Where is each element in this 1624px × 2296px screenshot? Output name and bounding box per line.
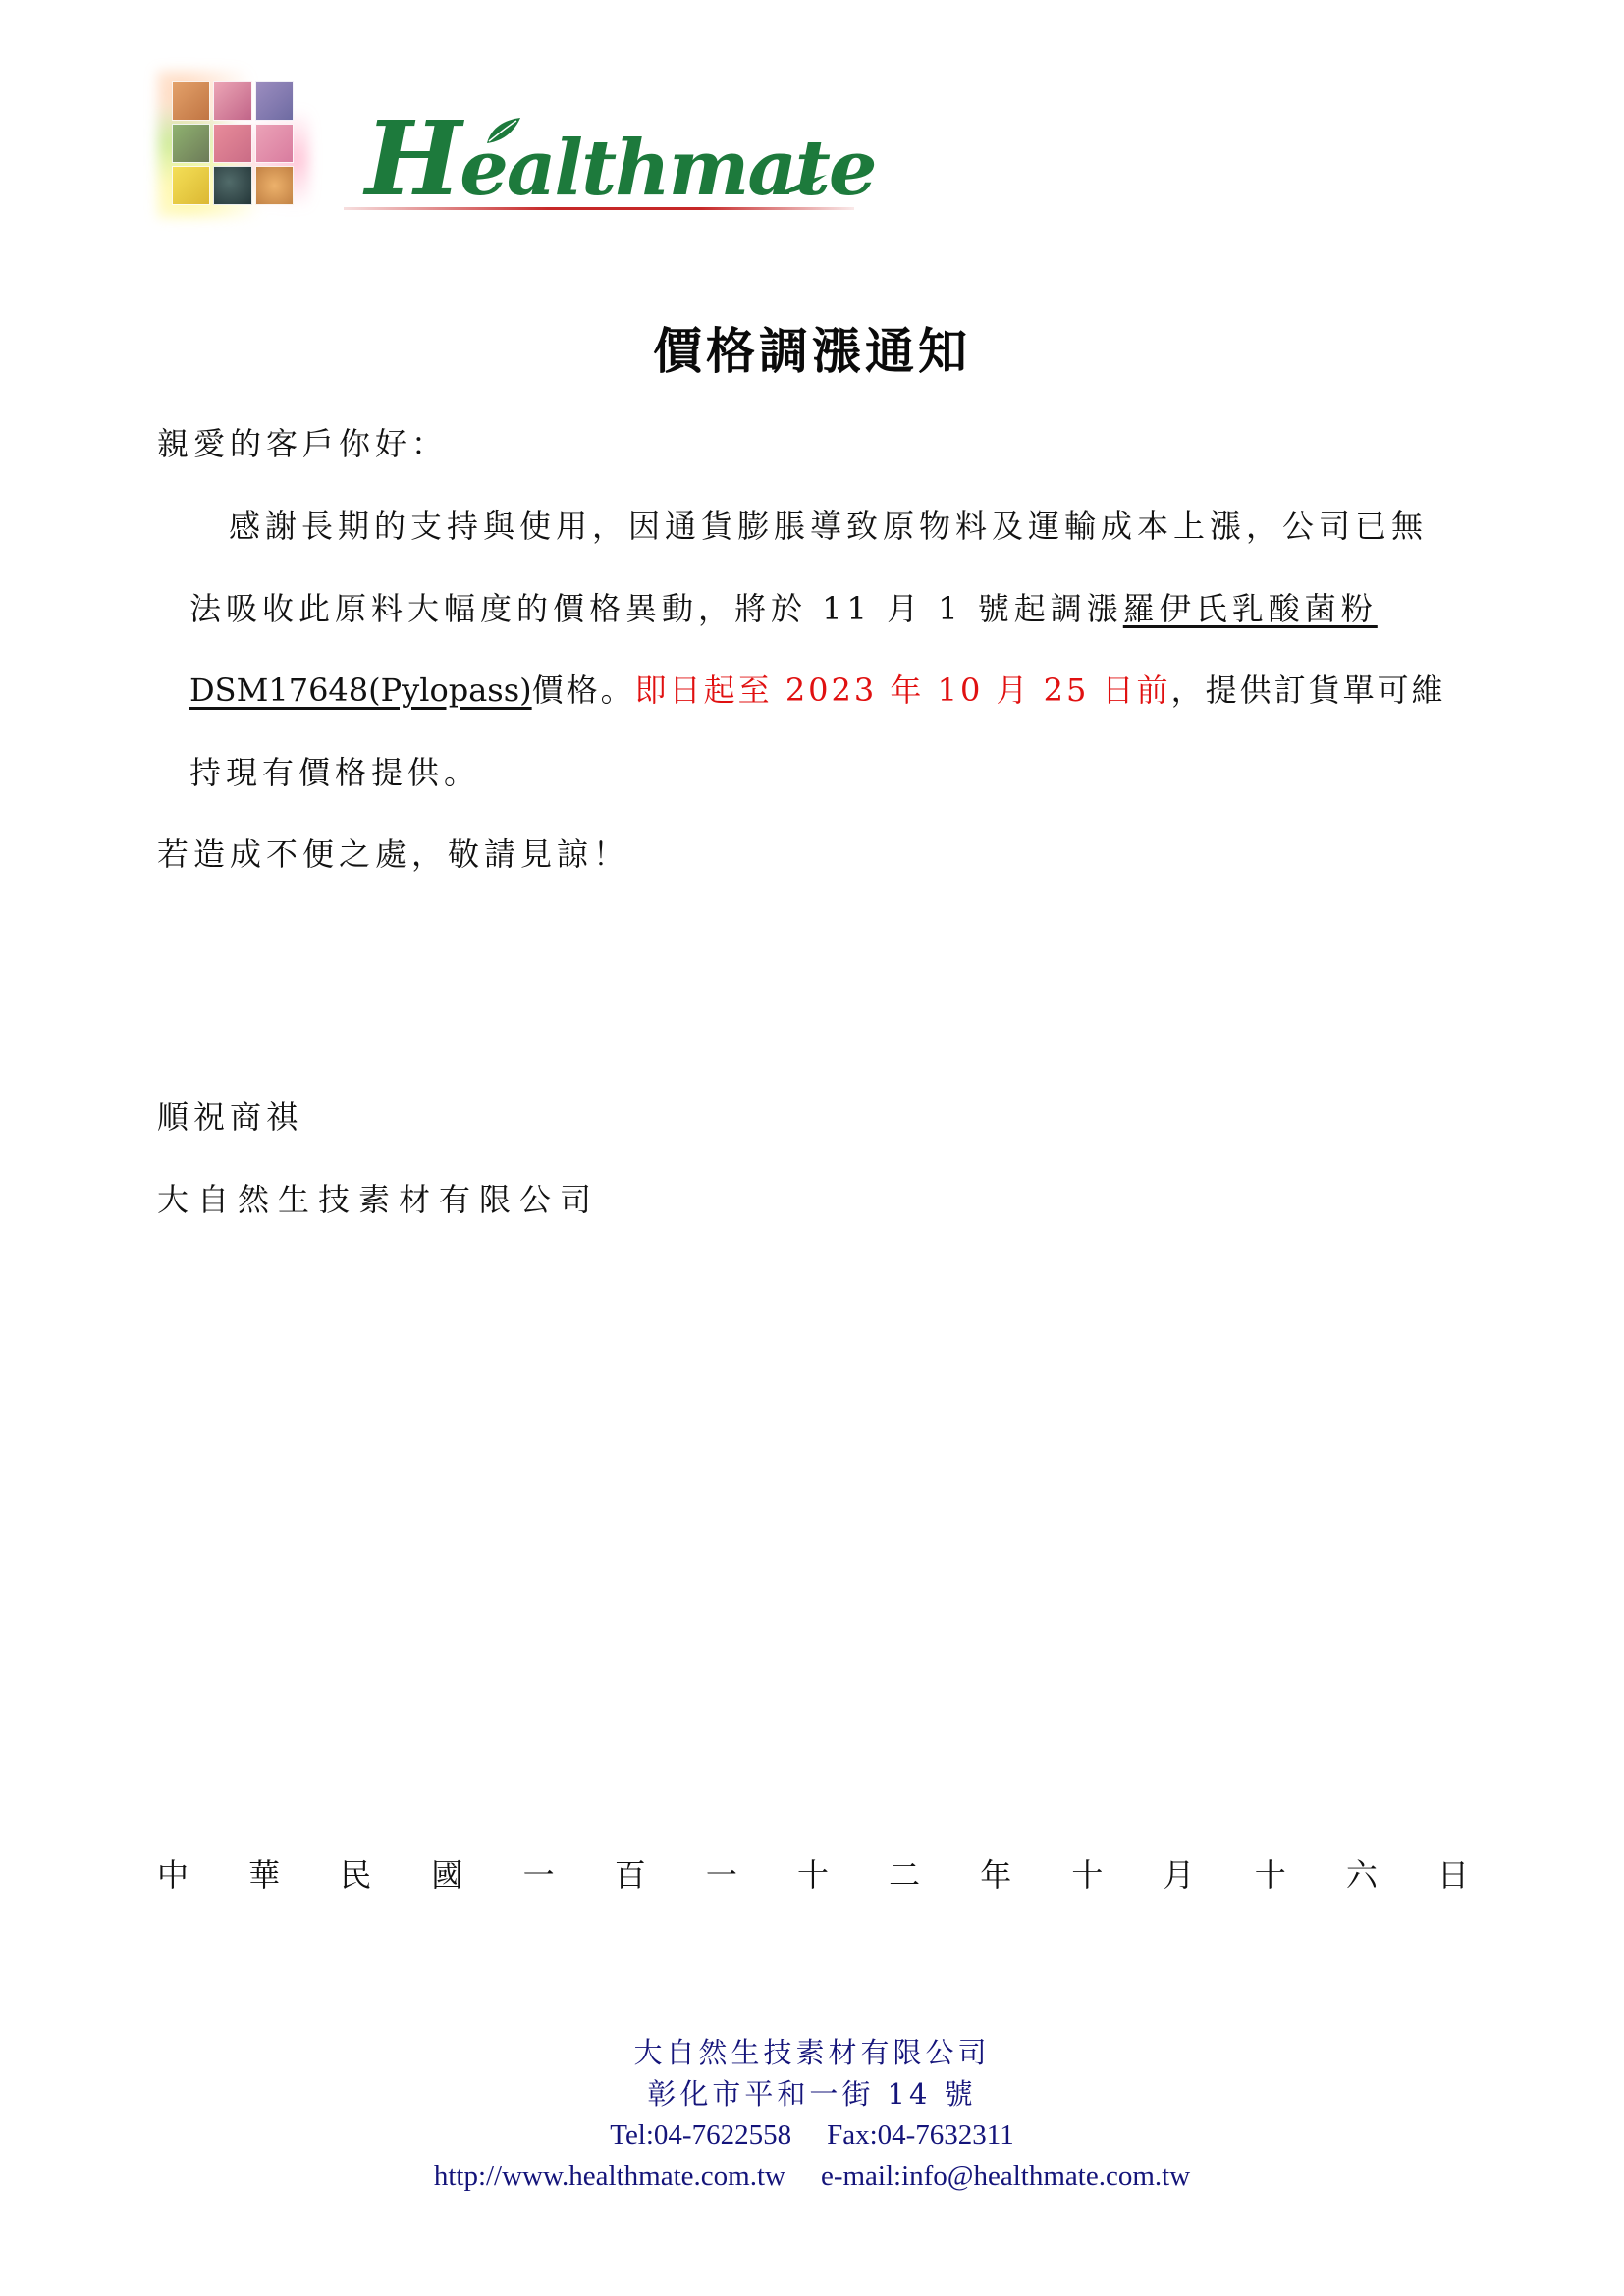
body-line-3-end: ，提供訂貨單可維 [1171,671,1446,709]
logo-tile-herb [172,124,210,163]
product-name-zh: 羅伊氏乳酸菌粉 [1123,590,1378,627]
logo-tile-pumpkin [255,166,294,205]
body-line-2: 法吸收此原料大幅度的價格異動，將於 11 月 1 號起調漲羅伊氏乳酸菌粉 [189,589,1378,628]
closing-salutation: 順祝商祺 [157,1097,302,1137]
date-char: 十 [1255,1855,1286,1895]
document-title: 價格調漲通知 [0,312,1624,383]
logo-tile-echinacea [213,124,251,163]
date-char: 日 [1437,1855,1469,1895]
product-code: DSM17648(Pylopass) [189,671,532,709]
logo-photo-grid [169,79,297,208]
body-line-4: 持現有價格提供。 [189,753,480,792]
apology-line: 若造成不便之處，敬請見諒！ [157,834,629,874]
body-line-3: DSM17648(Pylopass)價格。即日起至 2023 年 10 月 25… [189,670,1446,710]
date-char: 年 [980,1855,1011,1895]
footer-company: 大自然生技素材有限公司 [0,2032,1624,2073]
logo-tile-coneflower [255,124,294,163]
date-char: 一 [706,1855,737,1895]
footer-contact: 大自然生技素材有限公司 彰化市平和一街 14 號 Tel:04-7622558F… [0,2032,1624,2197]
roc-date: 中 華 民 國 一 百 一 十 二 年 十 月 十 六 日 [157,1855,1469,1895]
logo-tile-dark-squash [213,166,251,205]
date-char: 國 [431,1855,462,1895]
date-char: 一 [523,1855,555,1895]
deadline-highlight: 即日起至 2023 年 10 月 25 日前 [635,671,1171,709]
logo-tile-yellow-squash [172,166,210,205]
leaf-icon [483,116,522,145]
date-char: 中 [157,1855,189,1895]
leaf-swoosh-icon [770,173,829,196]
header-rule [344,207,854,210]
body-line-1: 感謝長期的支持與使用，因通貨膨脹導致原物料及運輸成本上漲，公司已無 [229,507,1428,546]
logo-tile-orange [172,81,210,121]
date-char: 十 [1071,1855,1103,1895]
date-char: 二 [889,1855,920,1895]
footer-phone-line: Tel:04-7622558Fax:04-7632311 [0,2114,1624,2156]
logo-tile-lavender [255,81,294,121]
body-line-3-price: 價格。 [532,671,635,709]
greeting: 親愛的客戶你好： [157,424,448,463]
brand-wordmark-cap: H [365,98,460,219]
footer-address: 彰化市平和一街 14 號 [0,2073,1624,2114]
footer-fax: Fax:04-7632311 [827,2119,1014,2151]
footer-tel: Tel:04-7622558 [610,2119,791,2151]
date-char: 民 [340,1855,371,1895]
body-line-2-text: 法吸收此原料大幅度的價格異動，將於 11 月 1 號起調漲 [189,590,1123,627]
footer-web-line: http://www.healthmate.com.twe-mail:info@… [0,2156,1624,2197]
date-char: 月 [1164,1855,1195,1895]
date-char: 百 [615,1855,646,1895]
footer-email-link[interactable]: e-mail:info@healthmate.com.tw [821,2161,1190,2192]
logo-tile-pink-flower [213,81,251,121]
date-char: 華 [248,1855,280,1895]
date-char: 十 [797,1855,829,1895]
closing-signature: 大自然生技素材有限公司 [157,1180,600,1219]
footer-website-link[interactable]: http://www.healthmate.com.tw [434,2161,785,2192]
date-char: 六 [1346,1855,1378,1895]
